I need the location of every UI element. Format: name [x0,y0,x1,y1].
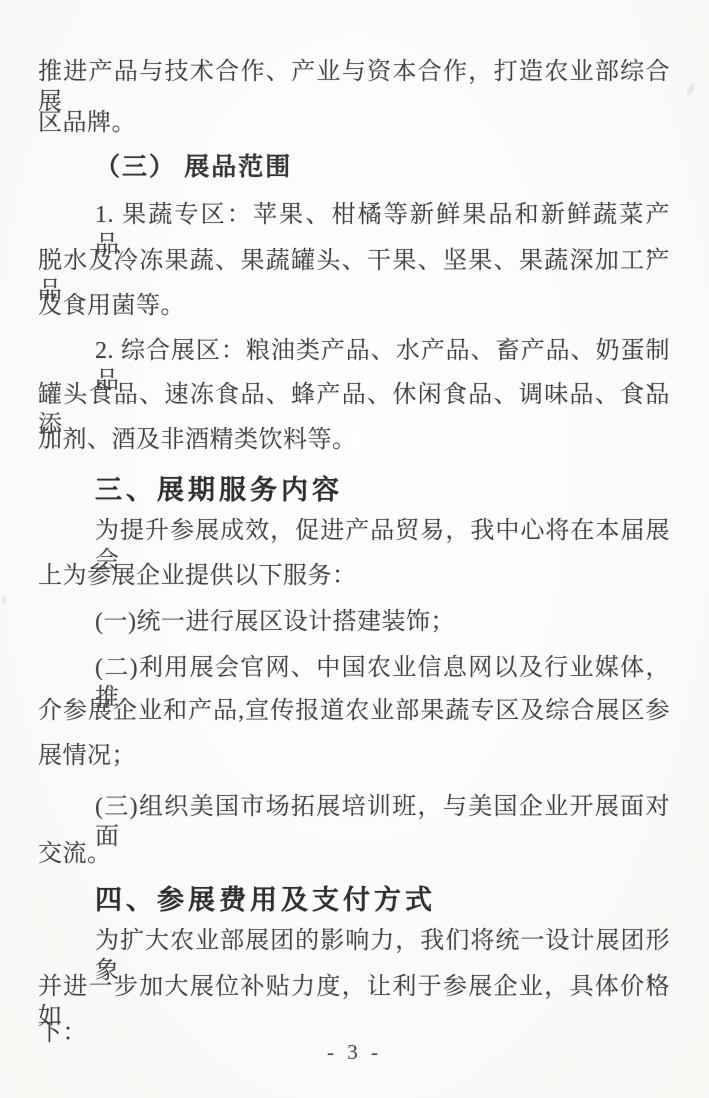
scan-smudge [2,596,7,604]
page-number: - 3 - [0,1040,709,1065]
text-line: 及食用菌等。 [38,291,670,321]
text-line: 区品牌。 [38,108,670,138]
section-heading-fees: 四、参展费用及支付方式 [95,885,709,915]
text-line: 上为参展企业提供以下服务： [38,561,670,591]
document-page: 推进产品与技术合作、产业与资本合作，打造农业部综合展 区品牌。 （三） 展品范围… [0,0,709,1098]
text-line: 交流。 [38,839,670,869]
text-line: 介参展企业和产品,宣传报道农业部果蔬专区及综合展区参 [38,696,670,726]
scan-smudge [685,81,696,96]
text-line: 展情况； [38,741,670,771]
section-heading-services: 三、展期服务内容 [95,475,709,505]
text-line: 加剂、酒及非酒精类饮料等。 [38,425,670,455]
section-heading-exhibit-scope: （三） 展品范围 [95,153,709,183]
text-line: (一)统一进行展区设计搭建装饰； [95,607,670,637]
